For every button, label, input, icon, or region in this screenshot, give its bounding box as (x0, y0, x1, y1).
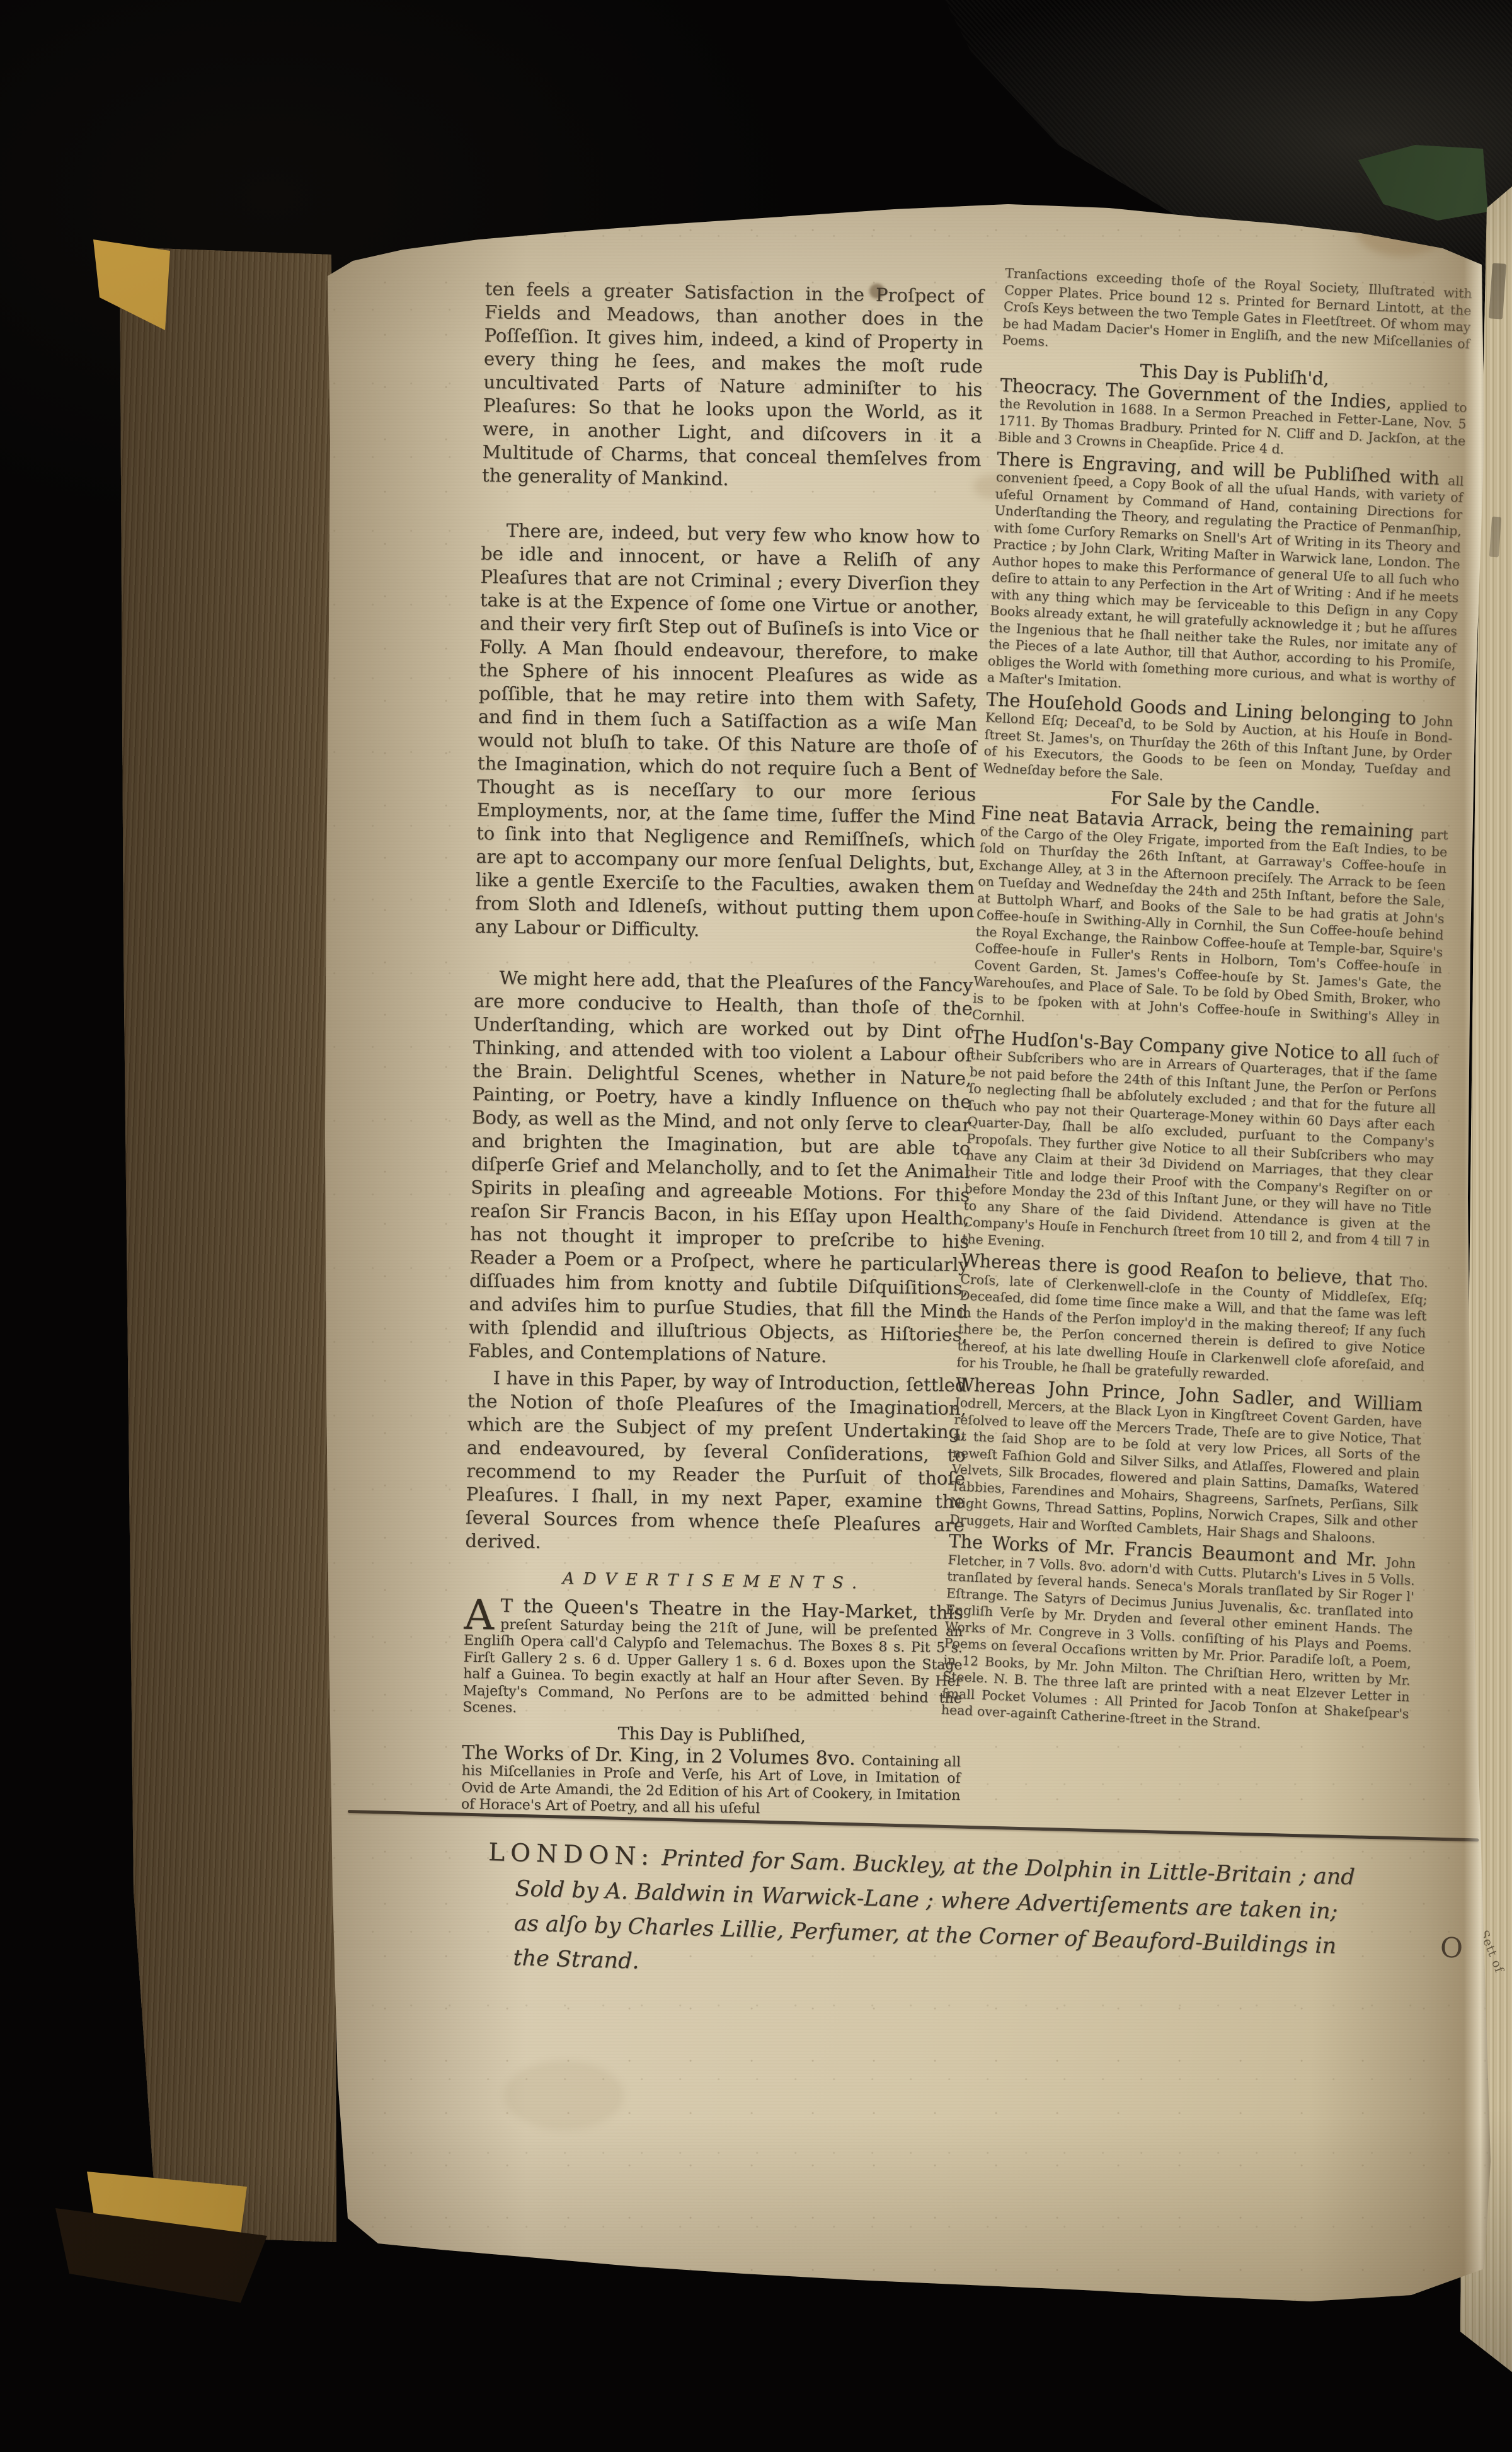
essay-paragraph: I have in this Paper, by way of Introduc… (465, 1366, 967, 1560)
advertisements-column: Tranſactions exceeding thoſe of the Roya… (941, 265, 1472, 1744)
essay-paragraph: ten feels a greater Satisfaction in the … (482, 277, 984, 495)
drop-cap: A (464, 1597, 501, 1633)
essay-paragraph: There are, indeed, but very few who know… (475, 519, 980, 946)
essay-column: ten feels a greater Satisfaction in the … (461, 277, 984, 1826)
photo-backdrop: Sett of ten feels a greater Satisfaction… (0, 0, 1512, 2452)
cross-will-advertisement: Whereas there is good Reaſon to believe,… (956, 1252, 1429, 1391)
dr-king-advertisement: The Works of Dr. King, in 2 Volumes 8vo.… (461, 1744, 961, 1821)
theatre-advertisement: AT the Queen's Theatre in the Hay-Market… (462, 1597, 963, 1724)
imprint-colophon: LONDON: Printed for Sam. Buckley, at the… (485, 1835, 1484, 2003)
ad-body-text: Jodrell, Mercers, at the Black Lyon in K… (949, 1395, 1423, 1545)
ad-body-text: Tho. Croſs, late of Clerkenwell-cloſe in… (956, 1271, 1428, 1383)
bottom-edge-shadow (315, 2117, 1512, 2306)
continued-advertisement: Tranſactions exceeding thoſe of the Roya… (1002, 265, 1472, 369)
copy-book-advertisement: There is Engraving, and will be Publiſhe… (987, 451, 1464, 706)
ad-body-text: John Fletcher, in 7 Volls. 8vo. adorn'd … (941, 1551, 1416, 1731)
ad-body-text: all convenient ſpeed, a Copy Book of all… (987, 469, 1464, 691)
ad-body-text: part of the Cargo of the Oley Frigate, i… (971, 824, 1448, 1027)
essay-paragraph: We might here add, that the Pleaſures of… (468, 966, 973, 1370)
imprint-city: LONDON: (488, 1838, 655, 1871)
ad-body-text: ſuch of their Subſcribers who are in Arr… (962, 1047, 1438, 1250)
tonson-books-advertisement: The Works of Mr. Francis Beaumont and Mr… (941, 1533, 1416, 1739)
hudsons-bay-advertisement: The Hudſon's-Bay Company give Notice to … (962, 1028, 1439, 1267)
household-goods-advertisement: The Houſehold Goods and Lining belonging… (983, 691, 1453, 797)
paper-stain (504, 2061, 624, 2130)
advertisements-header: ADVERTISEMENTS. (464, 1568, 963, 1594)
ad-body-text: preſent Saturday being the 21ſt of June,… (462, 1616, 963, 1716)
arrack-advertisement: Fine neat Batavia Arrack, being the rema… (971, 805, 1448, 1044)
mercers-advertisement: Whereas John Prince, John Sadler, and Wi… (949, 1376, 1423, 1548)
signature-mark: O (1440, 1931, 1463, 1964)
